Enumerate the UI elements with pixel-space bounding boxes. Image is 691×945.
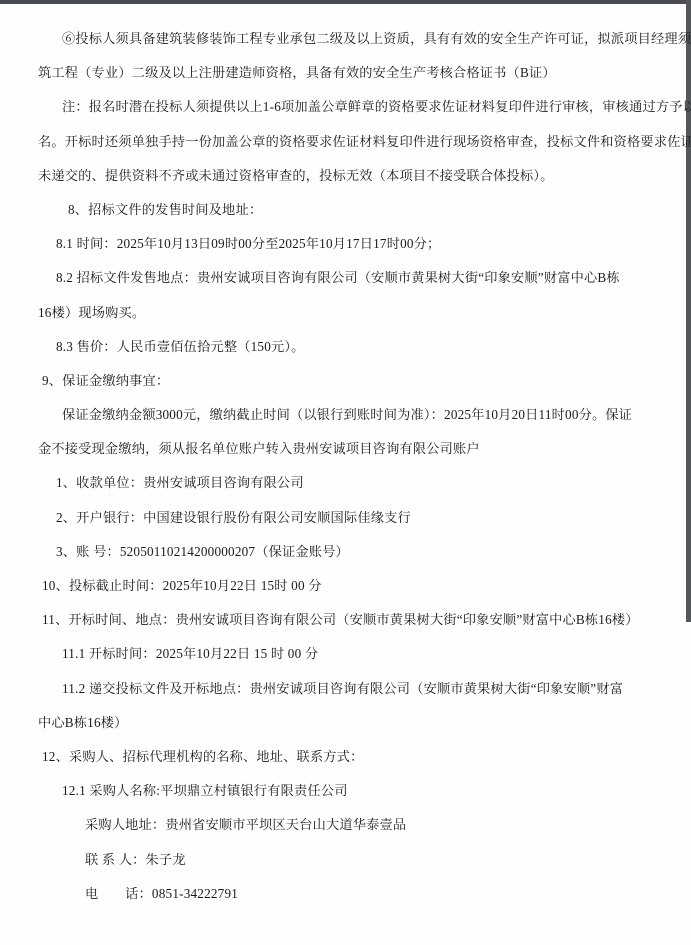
doc-line-deposit-2: 金不接受现金缴纳，须从报名单位账户转入贵州安诚项目咨询有限公司账户 (38, 432, 663, 466)
doc-line-payee-bank: 2、开户银行：中国建设银行股份有限公司安顺国际佳缘支行 (56, 501, 663, 535)
doc-line-note-2: 名。开标时还须单独手持一份加盖公章的资格要求佐证材料复印件进行现场资格审查，投标… (38, 125, 663, 159)
doc-line-purchaser-name: 12.1 采购人名称:平坝鼎立村镇银行有限责任公司 (62, 774, 663, 808)
doc-line-item8-1-time: 8.1 时间：2025年10月13日09时00分至2025年10月17日17时0… (56, 227, 663, 261)
doc-line-contact-person: 联 系 人：朱子龙 (85, 843, 663, 877)
doc-line-item11-heading: 11、开标时间、地点：贵州安诚项目咨询有限公司（安顺市黄果树大街“印象安顺”财富… (42, 603, 663, 637)
document-body: ⑥投标人须具备建筑装修装饰工程专业承包二级及以上资质，具有有效的安全生产许可证，… (38, 22, 663, 911)
doc-line-qualification-2: 筑工程（专业）二级及以上注册建造师资格，具备有效的安全生产考核合格证书（B证） (38, 56, 663, 90)
scanned-document-page: ⑥投标人须具备建筑装修装饰工程专业承包二级及以上资质，具有有效的安全生产许可证，… (0, 0, 691, 945)
doc-line-item8-2-place-1: 8.2 招标文件发售地点：贵州安诚项目咨询有限公司（安顺市黄果树大街“印象安顺”… (56, 261, 663, 295)
doc-line-item11-1-time: 11.1 开标时间：2025年10月22日 15 时 00 分 (62, 637, 663, 671)
doc-line-item11-2-place-1: 11.2 递交投标文件及开标地点：贵州安诚项目咨询有限公司（安顺市黄果树大街“印… (62, 672, 663, 706)
doc-line-item10-deadline: 10、投标截止时间：2025年10月22日 15时 00 分 (42, 569, 663, 603)
doc-line-item12-heading: 12、采购人、招标代理机构的名称、地址、联系方式： (42, 740, 663, 774)
scan-edge-top (0, 0, 691, 4)
doc-line-note-1: 注：报名时潜在投标人须提供以上1-6项加盖公章鲜章的资格要求佐证材料复印件进行审… (62, 90, 663, 124)
doc-line-deposit-1: 保证金缴纳金额3000元，缴纳截止时间（以银行到账时间为准）：2025年10月2… (62, 398, 663, 432)
doc-line-item8-3-price: 8.3 售价：人民币壹佰伍拾元整（150元）。 (56, 330, 663, 364)
doc-line-payee-name: 1、收款单位：贵州安诚项目咨询有限公司 (56, 466, 663, 500)
doc-line-item9-heading: 9、保证金缴纳事宜： (42, 364, 663, 398)
doc-line-payee-account: 3、账 号：52050110214200000207（保证金账号） (56, 535, 663, 569)
doc-line-qualification-1: ⑥投标人须具备建筑装修装饰工程专业承包二级及以上资质，具有有效的安全生产许可证，… (62, 22, 663, 56)
doc-line-item8-heading: 8、招标文件的发售时间及地址： (68, 193, 663, 227)
doc-line-contact-phone: 电 话：0851-34222791 (85, 877, 663, 911)
doc-line-purchaser-address: 采购人地址：贵州省安顺市平坝区天台山大道华泰壹品 (85, 808, 663, 842)
doc-line-item8-2-place-2: 16楼）现场购买。 (38, 296, 663, 330)
doc-line-note-3: 未递交的、提供资料不齐或未通过资格审查的，投标无效（本项目不接受联合体投标）。 (38, 159, 663, 193)
doc-line-item11-2-place-2: 中心B栋16楼） (38, 706, 663, 740)
scan-edge-right (686, 0, 691, 622)
